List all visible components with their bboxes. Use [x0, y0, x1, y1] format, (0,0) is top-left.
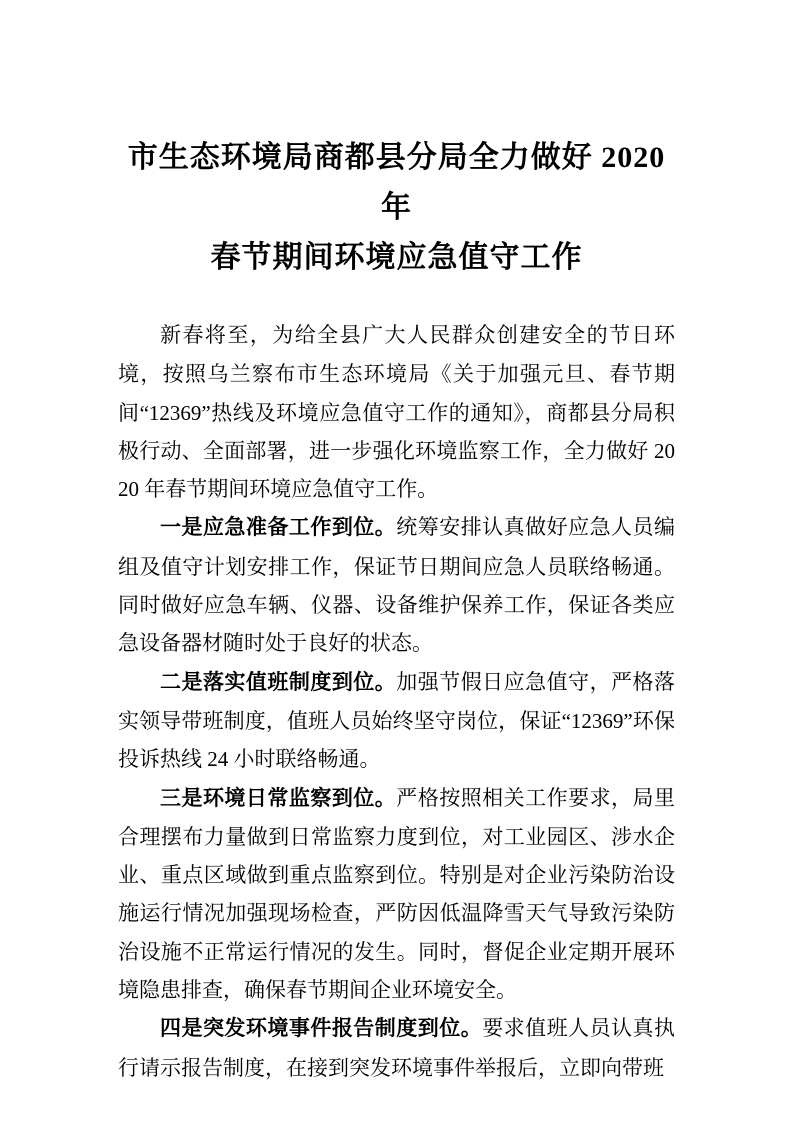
document-body: 新春将至，为给全县广大人民群众创建安全的节日环境，按照乌兰察布市生态环境局《关于…: [118, 316, 675, 1087]
document-title: 市生态环境局商都县分局全力做好 2020 年 春节期间环境应急值守工作: [118, 133, 675, 283]
paragraph-point-2-lead: 二是落实值班制度到位。: [160, 671, 396, 694]
paragraph-point-2: 二是落实值班制度到位。加强节假日应急值守，严格落实领导带班制度，值班人员始终坚守…: [118, 663, 675, 779]
paragraph-point-3-text: 严格按照相关工作要求，局里合理摆布力量做到日常监察力度到位，对工业园区、涉水企业…: [118, 786, 675, 1002]
paragraph-intro-text: 新春将至，为给全县广大人民群众创建安全的节日环境，按照乌兰察布市生态环境局《关于…: [118, 323, 675, 501]
paragraph-point-4: 四是突发环境事件报告制度到位。要求值班人员认真执行请示报告制度，在接到突发环境事…: [118, 1009, 675, 1087]
paragraph-intro: 新春将至，为给全县广大人民群众创建安全的节日环境，按照乌兰察布市生态环境局《关于…: [118, 316, 675, 508]
document-title-line-1: 市生态环境局商都县分局全力做好 2020 年: [128, 141, 666, 224]
paragraph-point-1-lead: 一是应急准备工作到位。: [160, 516, 396, 539]
paragraph-point-3: 三是环境日常监察到位。严格按照相关工作要求，局里合理摆布力量做到日常监察力度到位…: [118, 779, 675, 1010]
paragraph-point-4-lead: 四是突发环境事件报告制度到位。: [160, 1017, 482, 1040]
document-title-line-2: 春节期间环境应急值守工作: [211, 241, 583, 274]
paragraph-point-3-lead: 三是环境日常监察到位。: [160, 787, 396, 810]
document-page: 市生态环境局商都县分局全力做好 2020 年 春节期间环境应急值守工作 新春将至…: [0, 0, 793, 1122]
paragraph-point-1: 一是应急准备工作到位。统筹安排认真做好应急人员编组及值守计划安排工作，保证节日期…: [118, 508, 675, 662]
